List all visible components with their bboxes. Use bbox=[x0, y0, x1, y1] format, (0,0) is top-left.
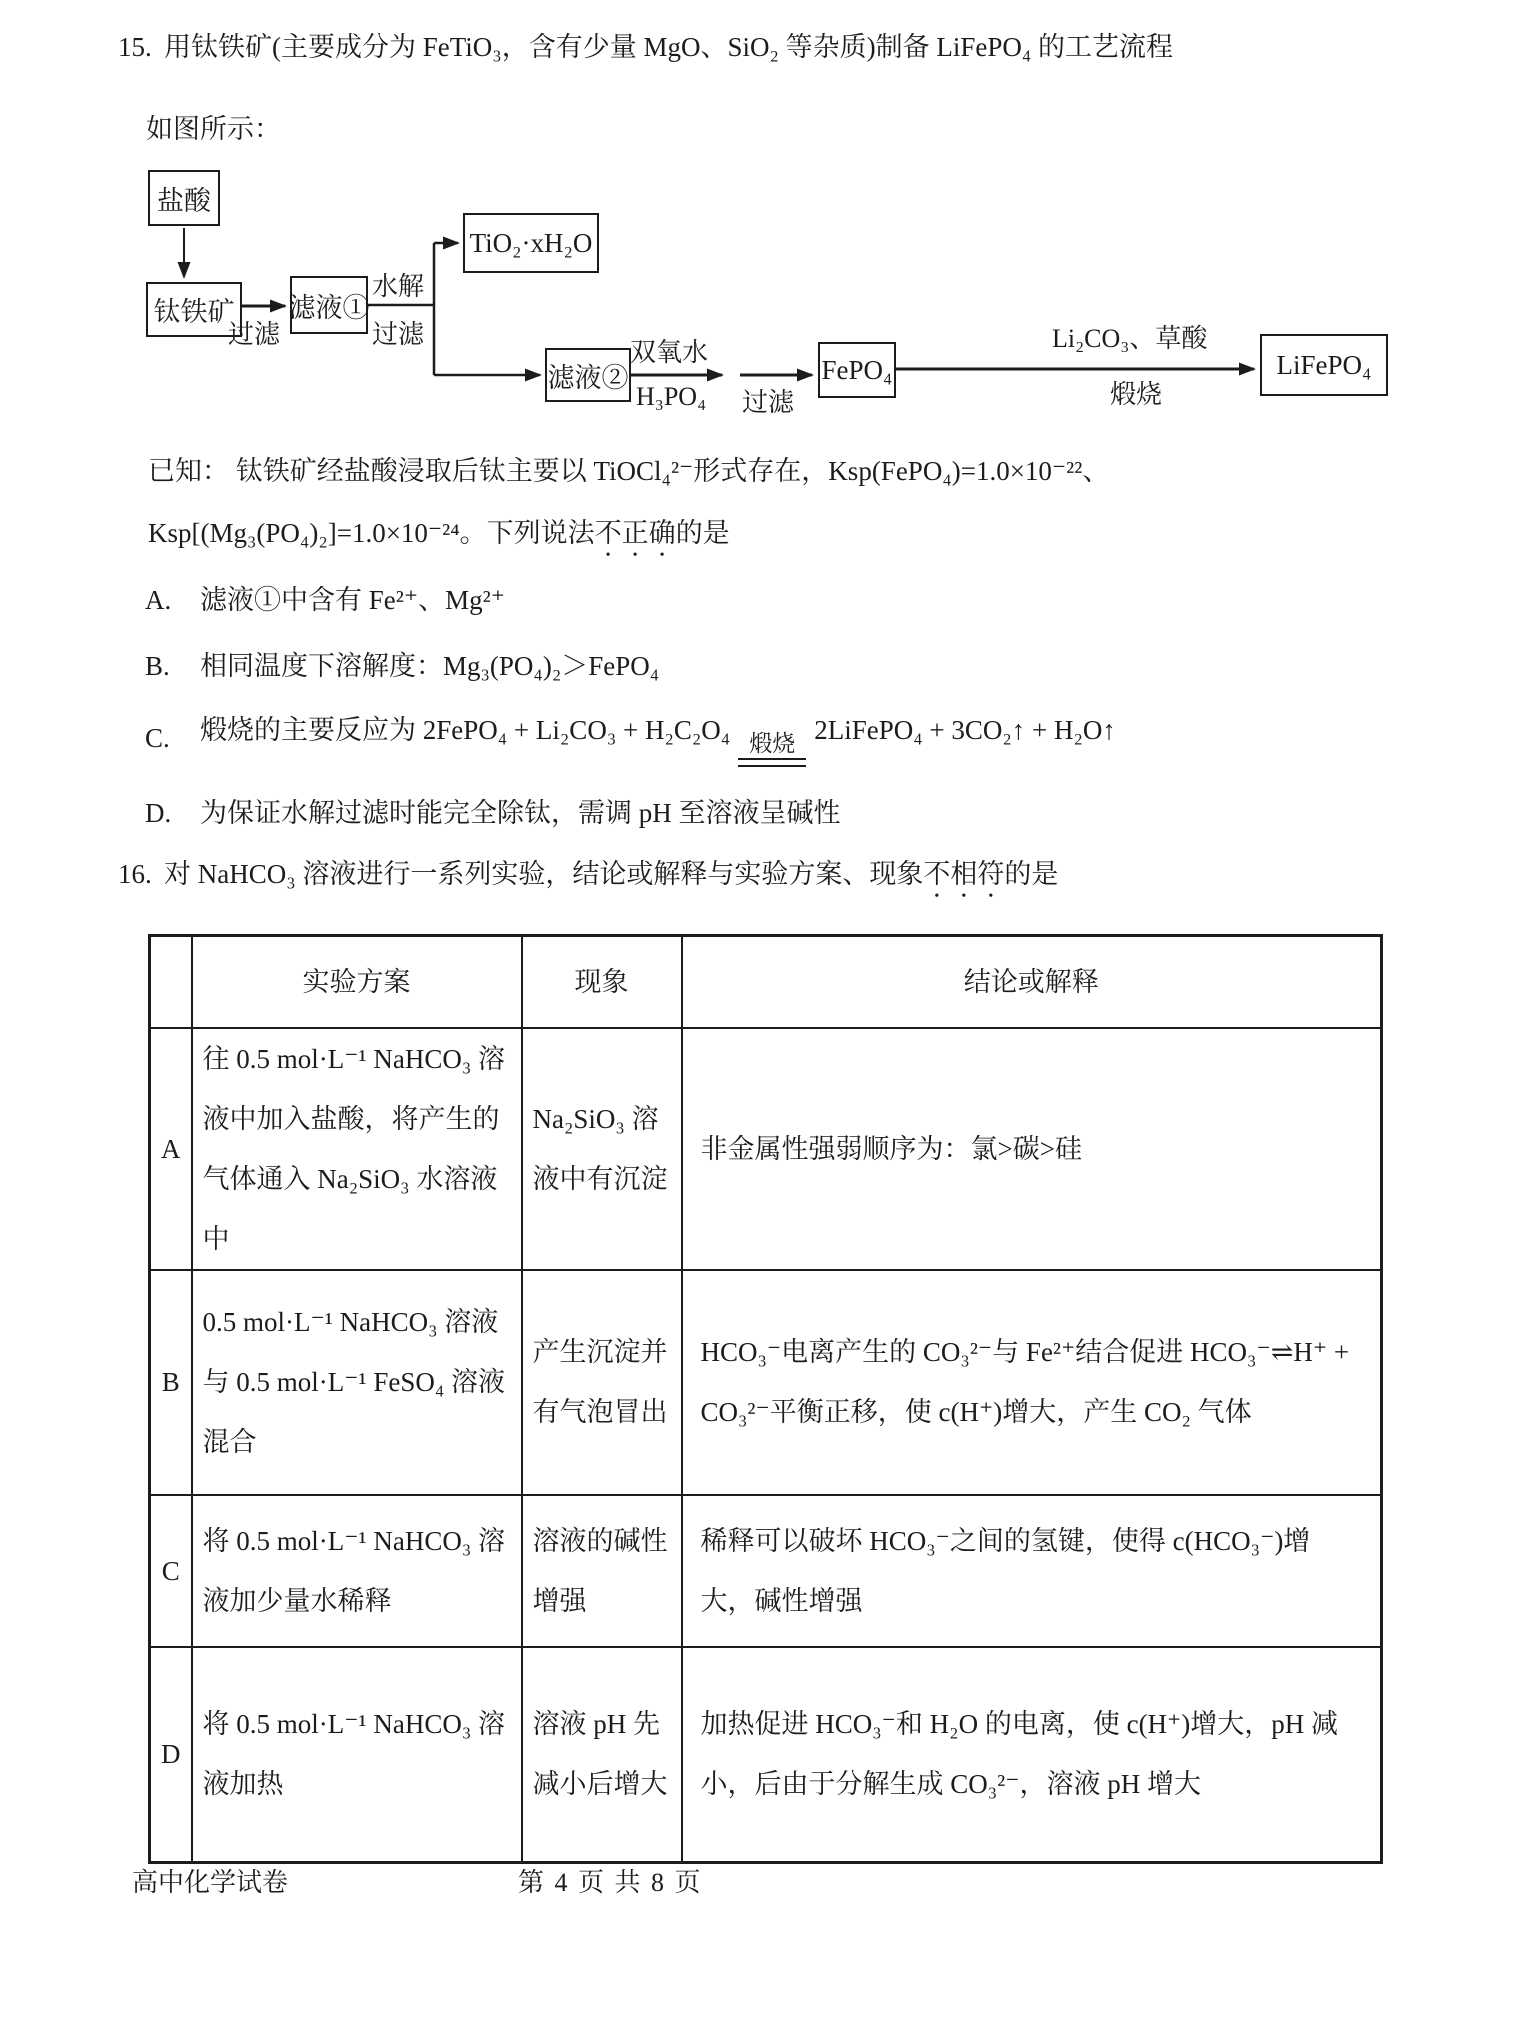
q16-stem-text: 对 NaHCO₃ 溶液进行一系列实验，结论或解释与实验方案、现象不相符的是 bbox=[164, 853, 1446, 904]
q15-stem-line1: 用钛铁矿(主要成分为 FeTiO₃，含有少量 MgO、SiO₂ 等杂质)制备 L… bbox=[164, 26, 1446, 68]
row-c-plan: 将 0.5 mol·L⁻¹ NaHCO₃ 溶液加少量水稀释 bbox=[192, 1495, 522, 1647]
option-c-prefix: 煅烧的主要反应为 2FePO₄ + Li₂CO₃ + H₂C₂O₄ bbox=[200, 715, 730, 745]
option-b-text: 相同温度下溶解度：Mg₃(PO₄)₂＞FePO₄ bbox=[200, 644, 659, 688]
row-d-phenomenon: 溶液 pH 先减小后增大 bbox=[522, 1647, 682, 1863]
option-d: D. 为保证水解过滤时能完全除钛，需调 pH 至溶液呈碱性 bbox=[145, 791, 1446, 835]
row-c-conclusion: 稀释可以破坏 HCO₃⁻之间的氢键，使得 c(HCO₃⁻)增大，碱性增强 bbox=[682, 1495, 1382, 1647]
q16-stem: 16. 对 NaHCO₃ 溶液进行一系列实验，结论或解释与实验方案、现象不相符的… bbox=[118, 853, 1446, 904]
row-a-plan: 往 0.5 mol·L⁻¹ NaHCO₃ 溶液中加入盐酸，将产生的气体通入 Na… bbox=[192, 1028, 522, 1270]
q16-stem-emphasis: 不相符 bbox=[923, 859, 1004, 889]
question-15: 15. 用钛铁矿(主要成分为 FeTiO₃，含有少量 MgO、SiO₂ 等杂质)… bbox=[118, 26, 1446, 835]
footer-page-number: 第 4 页 共 8 页 bbox=[518, 1862, 703, 1899]
table-header-row: 实验方案 现象 结论或解释 bbox=[150, 936, 1382, 1028]
reaction-condition-equals bbox=[738, 758, 806, 767]
option-b-label: B. bbox=[145, 644, 200, 688]
table-row-b: B 0.5 mol·L⁻¹ NaHCO₃ 溶液与 0.5 mol·L⁻¹ FeS… bbox=[150, 1270, 1382, 1495]
option-c: C. 煅烧的主要反应为 2FePO₄ + Li₂CO₃ + H₂C₂O₄煅烧2L… bbox=[145, 708, 1446, 767]
q16-stem-prefix: 对 NaHCO₃ 溶液进行一系列实验，结论或解释与实验方案、现象 bbox=[164, 859, 923, 889]
label-li2co3-oxalic-acid: Li₂CO₃、草酸 bbox=[1052, 318, 1207, 355]
row-b-label: B bbox=[150, 1270, 192, 1495]
row-b-phenomenon: 产生沉淀并有气泡冒出 bbox=[522, 1270, 682, 1495]
option-c-suffix: 2LiFePO₄ + 3CO₂↑ + H₂O↑ bbox=[814, 715, 1116, 745]
header-phenomenon: 现象 bbox=[522, 936, 682, 1028]
header-conclusion: 结论或解释 bbox=[682, 936, 1382, 1028]
box-filtrate-1: 滤液① bbox=[290, 276, 368, 334]
header-plan: 实验方案 bbox=[192, 936, 522, 1028]
table-row-a: A 往 0.5 mol·L⁻¹ NaHCO₃ 溶液中加入盐酸，将产生的气体通入 … bbox=[150, 1028, 1382, 1270]
q16-number: 16. bbox=[118, 853, 164, 895]
option-b: B. 相同温度下溶解度：Mg₃(PO₄)₂＞FePO₄ bbox=[145, 644, 1446, 688]
q15-stem: 15. 用钛铁矿(主要成分为 FeTiO₃，含有少量 MgO、SiO₂ 等杂质)… bbox=[118, 26, 1446, 68]
option-a: A. 滤液①中含有 Fe²⁺、Mg²⁺ bbox=[145, 578, 1446, 622]
experiment-table: 实验方案 现象 结论或解释 A 往 0.5 mol·L⁻¹ NaHCO₃ 溶液中… bbox=[148, 934, 1383, 1864]
row-c-label: C bbox=[150, 1495, 192, 1647]
known-info: 已知： 钛铁矿经盐酸浸取后钛主要以 TiOCl₄²⁻形式存在，Ksp(FePO₄… bbox=[148, 440, 1446, 564]
reaction-condition-label: 煅烧 bbox=[749, 732, 795, 758]
option-d-text: 为保证水解过滤时能完全除钛，需调 pH 至溶液呈碱性 bbox=[200, 791, 841, 835]
row-d-label: D bbox=[150, 1647, 192, 1863]
row-d-plan: 将 0.5 mol·L⁻¹ NaHCO₃ 溶液加热 bbox=[192, 1647, 522, 1863]
option-a-text: 滤液①中含有 Fe²⁺、Mg²⁺ bbox=[200, 578, 505, 622]
box-tio2-hydrate: TiO₂·xH₂O bbox=[463, 213, 599, 273]
label-hydrolysis: 水解 bbox=[372, 266, 424, 303]
q16-stem-suffix: 的是 bbox=[1004, 859, 1058, 889]
footer-doc-title: 高中化学试卷 bbox=[132, 1862, 288, 1899]
option-a-label: A. bbox=[145, 578, 200, 622]
row-a-phenomenon: Na₂SiO₃ 溶液中有沉淀 bbox=[522, 1028, 682, 1270]
process-flowchart: 盐酸 钛铁矿 滤液① TiO₂·xH₂O 滤液② FePO₄ LiFePO₄ 过… bbox=[122, 154, 1432, 424]
box-hydrochloric-acid: 盐酸 bbox=[148, 170, 220, 226]
header-empty bbox=[150, 936, 192, 1028]
option-d-label: D. bbox=[145, 791, 200, 835]
row-a-label: A bbox=[150, 1028, 192, 1270]
box-lifepo4: LiFePO₄ bbox=[1260, 334, 1388, 396]
label-hydrogen-peroxide: 双氧水 bbox=[630, 332, 708, 369]
known-line-2: Ksp[(Mg₃(PO₄)₂]=1.0×10⁻²⁴。下列说法不正确的是 bbox=[148, 502, 1446, 564]
reaction-condition: 煅烧 bbox=[738, 732, 806, 767]
q15-number: 15. bbox=[118, 26, 164, 68]
label-filter-1: 过滤 bbox=[228, 314, 280, 351]
known-line-2-suffix: 的是 bbox=[676, 518, 730, 548]
question-16: 16. 对 NaHCO₃ 溶液进行一系列实验，结论或解释与实验方案、现象不相符的… bbox=[118, 853, 1446, 1864]
label-h3po4: H₃PO₄ bbox=[636, 382, 706, 412]
row-d-conclusion: 加热促进 HCO₃⁻和 H₂O 的电离，使 c(H⁺)增大，pH 减小，后由于分… bbox=[682, 1647, 1382, 1863]
q15-stem-line2: 如图所示： bbox=[146, 108, 1446, 150]
row-b-plan: 0.5 mol·L⁻¹ NaHCO₃ 溶液与 0.5 mol·L⁻¹ FeSO₄… bbox=[192, 1270, 522, 1495]
table-row-c: C 将 0.5 mol·L⁻¹ NaHCO₃ 溶液加少量水稀释 溶液的碱性增强 … bbox=[150, 1495, 1382, 1647]
row-b-conclusion: HCO₃⁻电离产生的 CO₃²⁻与 Fe²⁺结合促进 HCO₃⁻⇌H⁺ + CO… bbox=[682, 1270, 1382, 1495]
option-c-label: C. bbox=[145, 716, 200, 760]
label-filter-3: 过滤 bbox=[742, 382, 794, 419]
option-c-text: 煅烧的主要反应为 2FePO₄ + Li₂CO₃ + H₂C₂O₄煅烧2LiFe… bbox=[200, 708, 1116, 767]
known-emphasis: 不正确 bbox=[595, 518, 676, 548]
known-line-1: 已知： 钛铁矿经盐酸浸取后钛主要以 TiOCl₄²⁻形式存在，Ksp(FePO₄… bbox=[148, 440, 1446, 502]
row-a-conclusion: 非金属性强弱顺序为：氯>碳>硅 bbox=[682, 1028, 1382, 1270]
box-fepo4: FePO₄ bbox=[818, 342, 896, 398]
label-calcination: 煅烧 bbox=[1110, 374, 1162, 411]
exam-page: 15. 用钛铁矿(主要成分为 FeTiO₃，含有少量 MgO、SiO₂ 等杂质)… bbox=[0, 0, 1536, 2040]
label-filter-2: 过滤 bbox=[372, 314, 424, 351]
known-line-2-prefix: Ksp[(Mg₃(PO₄)₂]=1.0×10⁻²⁴。下列说法 bbox=[148, 518, 595, 548]
row-c-phenomenon: 溶液的碱性增强 bbox=[522, 1495, 682, 1647]
table-row-d: D 将 0.5 mol·L⁻¹ NaHCO₃ 溶液加热 溶液 pH 先减小后增大… bbox=[150, 1647, 1382, 1863]
page-footer: 高中化学试卷 第 4 页 共 8 页 bbox=[118, 1862, 1446, 1902]
box-filtrate-2: 滤液② bbox=[545, 348, 631, 402]
